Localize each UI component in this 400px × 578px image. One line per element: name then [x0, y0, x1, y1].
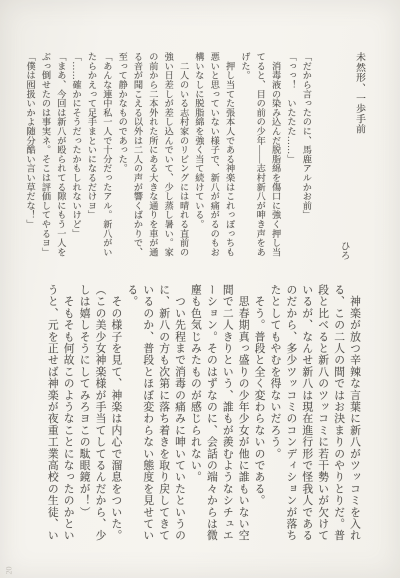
- text-column: てると、目の前の少年――志村新八が呻き声をあ: [252, 52, 267, 260]
- text-column: 神楽が放つ辛辣な言葉に新八がツッコミを入れ: [346, 284, 362, 546]
- text-column: 悪いと思っていない様子で、新八が痛がるのもお: [206, 52, 221, 260]
- text-column: 思春期真っ盛りの少年少女が他に誰もいない空: [235, 284, 251, 546]
- doujin-page: 未然形、一歩手前ひろ「だから言ったのに、馬鹿アルかお前」「っっ！ いたたた……」…: [0, 0, 400, 578]
- text-column: そもそも何故このようなことになったのかとい: [60, 284, 76, 546]
- text-column: げた。: [237, 52, 252, 260]
- story-title: 未然形、一歩手前: [352, 52, 372, 260]
- text-column: る。: [123, 284, 139, 546]
- text-column: いるのか、普段とほぼ変わらない態度を見せてい: [139, 284, 155, 546]
- text-column: たらかえって足手まといになるだけヨ」: [83, 52, 98, 260]
- text-column: 「まあ、今回は新八が殴られてる隙にもう一人を: [52, 52, 67, 260]
- text-column: その様子を見て、神楽は内心で溜息をついた。: [108, 284, 124, 546]
- text-column: ぶっ倒せたのは事実ネ。そこは評価してやるヨ」: [37, 52, 52, 260]
- text-column: 二人のいる志村家のリビングには晴れる直前の: [175, 52, 190, 260]
- text-column: 押し当てた張本人である神楽はこれっぽっちも: [221, 52, 236, 260]
- text-column: いるが、なんせ新八は現在進行形で怪我人である: [298, 284, 314, 546]
- text-column: 段と比べると新八のツッコミに若干勢いが欠けて: [314, 284, 330, 546]
- text-band-top: 未然形、一歩手前ひろ「だから言ったのに、馬鹿アルかお前」「っっ！ いたたた……」…: [22, 52, 372, 260]
- text-column: 「だから言ったのに、馬鹿アルかお前」: [298, 52, 313, 260]
- text-band-bottom: 神楽が放つ辛辣な言葉に新八がツッコミを入れる、この二人の間ではお決まりのやりとり…: [44, 284, 362, 546]
- text-column: そう。普段と全く変わらないのである。: [251, 284, 267, 546]
- text-column: 強い日差しが差し込んでいて、少し蒸し暑い。家: [160, 52, 175, 260]
- text-column: のだから、多少ツッコミのコンディションが落ち: [282, 284, 298, 546]
- text-column: 「僕は囮扱いかよ随分酷い言い草だな！」: [22, 52, 37, 260]
- text-column: 消毒液の染み込んだ脱脂綿を傷口に強く押し当: [267, 52, 282, 260]
- text-column: の前から二本外れた所にある大きな通りを車が通: [145, 52, 160, 260]
- text-column: 「……確かにそうだったかもしれないけど」: [68, 52, 83, 260]
- text-column: 塵も色気じみたものが感じられない。: [187, 284, 203, 546]
- text-column: ーション。そのはずなのに、会話の端々からは微: [203, 284, 219, 546]
- text-column: る、この二人の間ではお決まりのやりとりだ。普: [330, 284, 346, 546]
- text-column: しは嬉しそうにしてみろヨこの駄眼鏡が！）: [76, 284, 92, 546]
- text-column: 構いなしに脱脂綿を強く当て続けている。: [191, 52, 206, 260]
- text-column: 至って静かなものであった。: [114, 52, 129, 260]
- text-column: る音が聞こえる以外は二人の声が響くばかりで、: [129, 52, 144, 260]
- author-name: ひろ: [316, 52, 351, 260]
- text-column: 「っっ！ いたたた……」: [283, 52, 298, 260]
- text-column: うと、元を正せば神楽が夜重工業高校の生徒、い: [44, 284, 60, 546]
- text-column: つい先程まで消毒の痛みに呻いていたというの: [171, 284, 187, 546]
- text-column: たとしてもやむを得ないだろう。: [267, 284, 283, 546]
- page-number: 20: [5, 567, 14, 575]
- text-column: （この美少女神楽様が手当てしてるんだから、少: [92, 284, 108, 546]
- text-column: 間で二人きりという、誰もが羨むようなシチュエ: [219, 284, 235, 546]
- text-column: 「あんな連中私一人で十分だったアル。新八がい: [99, 52, 114, 260]
- text-column: に、新八の方も次第に落ち着きを取り戻してきて: [155, 284, 171, 546]
